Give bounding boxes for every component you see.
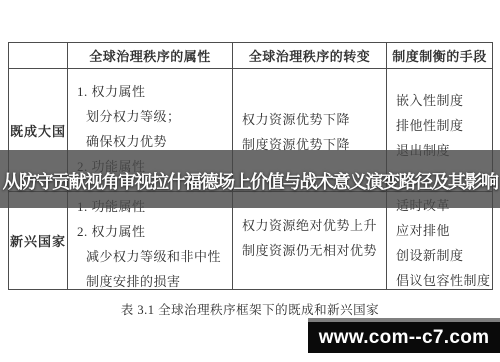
transformation-line: 制度资源仍无相对优势 bbox=[233, 238, 386, 263]
means-line: 排他性制度 bbox=[387, 113, 492, 138]
document-page: 全球治理秩序的属性 全球治理秩序的转变 制度制衡的手段 既成大国 1. 权力属性… bbox=[0, 0, 500, 362]
header-attributes: 全球治理秩序的属性 bbox=[68, 43, 233, 69]
header-transformation: 全球治理秩序的转变 bbox=[233, 43, 387, 69]
table-caption: 表 3.1 全球治理秩序框架下的既成和新兴国家 bbox=[0, 300, 500, 318]
header-corner-cell bbox=[9, 43, 68, 69]
header-means: 制度制衡的手段 bbox=[387, 43, 492, 69]
means-line: 嵌入性制度 bbox=[387, 88, 492, 113]
means-line: 应对排他 bbox=[387, 218, 492, 243]
watermark-url: www.com--c7.com bbox=[319, 327, 490, 349]
means-line: 倡议包容性制度 bbox=[387, 268, 492, 289]
attribute-line: 减少权力等级和非中性 bbox=[68, 244, 232, 269]
attribute-line: 制度安排的损害 bbox=[68, 269, 232, 289]
attribute-line: 2. 权力属性 bbox=[68, 219, 232, 244]
transformation-line: 权力资源优势下降 bbox=[233, 107, 386, 132]
attribute-line: 1. 权力属性 bbox=[68, 79, 232, 104]
watermark-box: www.com--c7.com bbox=[308, 318, 500, 353]
overlay-headline: 从防守贡献视角审视拉什福德场上价值与战术意义演变路径及其影响 bbox=[0, 170, 500, 194]
transformation-line: 权力资源绝对优势上升 bbox=[233, 213, 386, 238]
attribute-line: 划分权力等级； bbox=[68, 104, 232, 129]
means-line: 创设新制度 bbox=[387, 243, 492, 268]
